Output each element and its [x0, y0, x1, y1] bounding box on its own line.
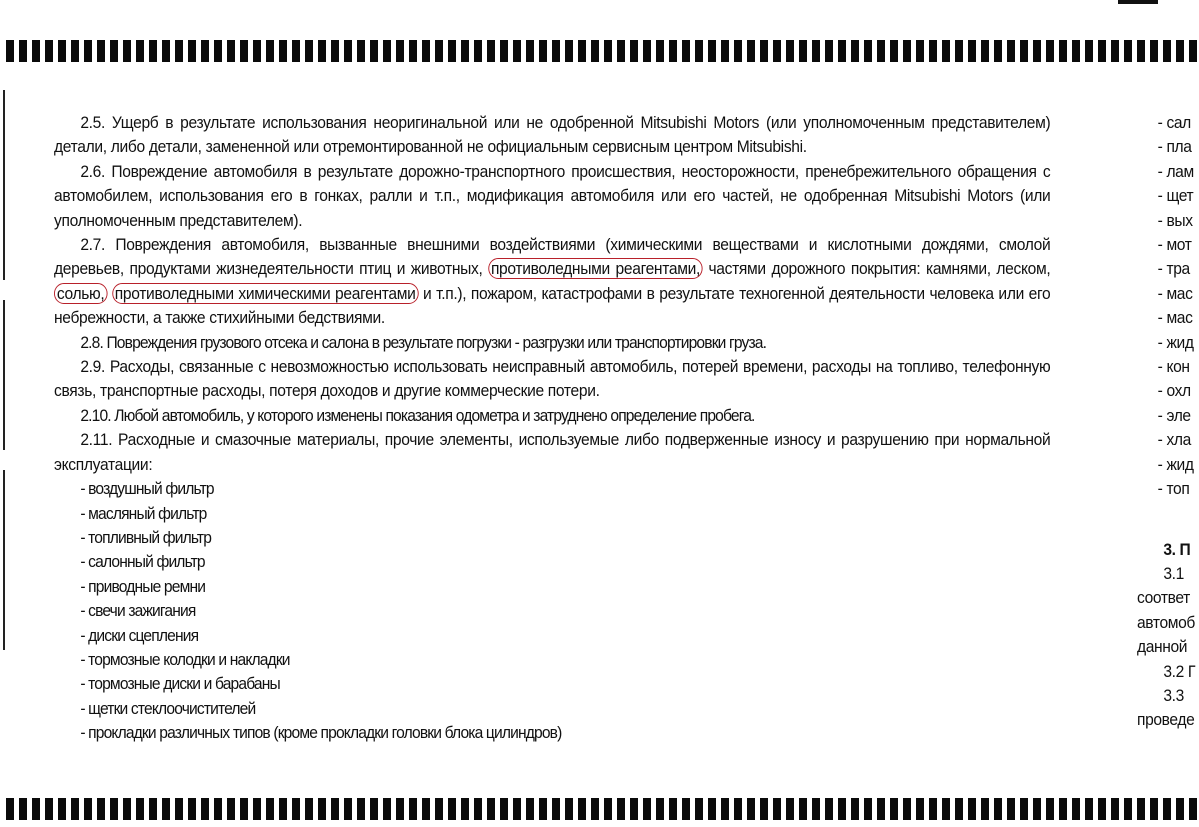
document-body: 2.5. Ущерб в результате использования не…	[54, 111, 1050, 746]
perforation-bar	[864, 798, 872, 820]
list-item: - топливный фильтр	[80, 526, 1050, 550]
perforation-bar	[253, 40, 261, 62]
paragraph-2-11: 2.11. Расходные и смазочные материалы, п…	[54, 428, 1050, 477]
perforation-bar	[617, 798, 625, 820]
perforation-bar	[461, 40, 469, 62]
perforation-bar	[6, 40, 14, 62]
perforation-bar	[656, 798, 664, 820]
list-item: - тормозные диски и барабаны	[80, 672, 1050, 696]
paragraph-2-10: 2.10. Любой автомобиль, у которого измен…	[54, 404, 1050, 428]
perforation-bar	[500, 798, 508, 820]
perforation-bar	[97, 40, 105, 62]
perforation-bar	[409, 798, 417, 820]
right-column-list: - сал- пла- лам- щет- вых- мот- тра- мас…	[1137, 111, 1195, 502]
perforation-bar	[877, 798, 885, 820]
perforation-bar	[149, 798, 157, 820]
perforation-bar	[1150, 40, 1158, 62]
perforation-bar	[1111, 40, 1119, 62]
perforation-bar	[526, 798, 534, 820]
perforation-bar	[799, 798, 807, 820]
perforation-bar	[1137, 798, 1145, 820]
perforation-bar	[838, 798, 846, 820]
perforation-bar	[812, 798, 820, 820]
perforation-bar	[994, 798, 1002, 820]
perforation-bar	[786, 40, 794, 62]
perforation-bar	[487, 798, 495, 820]
list-item: - вых	[1137, 209, 1195, 233]
perforation-bar	[162, 798, 170, 820]
perforation-bar	[32, 798, 40, 820]
list-item: - кон	[1137, 355, 1195, 379]
perforation-bar	[409, 40, 417, 62]
perforation-bar	[214, 40, 222, 62]
list-item: - мас	[1137, 306, 1195, 330]
perforation-bar	[97, 798, 105, 820]
perforation-bar	[266, 40, 274, 62]
perforation-strip-bottom	[6, 798, 1199, 820]
perforation-bar	[58, 798, 66, 820]
perforation-bar	[188, 40, 196, 62]
perforation-bar	[747, 40, 755, 62]
perforation-bar	[695, 40, 703, 62]
perforation-bar	[942, 798, 950, 820]
perforation-bar	[123, 40, 131, 62]
perforation-bar	[643, 40, 651, 62]
perforation-bar	[201, 798, 209, 820]
perforation-bar	[708, 798, 716, 820]
perforation-bar	[656, 40, 664, 62]
perforation-bar	[747, 798, 755, 820]
perforation-bar	[162, 40, 170, 62]
list-item: - щет	[1137, 184, 1195, 208]
perforation-bar	[474, 40, 482, 62]
perforation-bar	[19, 798, 27, 820]
perforation-bar	[71, 40, 79, 62]
perforation-bar	[175, 40, 183, 62]
perforation-bar	[123, 798, 131, 820]
perforation-bar	[344, 798, 352, 820]
list-item: - лам	[1137, 160, 1195, 184]
perforation-bar	[1176, 40, 1184, 62]
perforation-bar	[188, 798, 196, 820]
perforation-bar	[539, 40, 547, 62]
perforation-bar	[136, 798, 144, 820]
perforation-bar	[630, 798, 638, 820]
list-item: - щетки стеклоочистителей	[80, 697, 1050, 721]
perforation-bar	[84, 40, 92, 62]
list-item: - мас	[1137, 282, 1195, 306]
perforation-bar	[305, 40, 313, 62]
perforation-bar	[942, 40, 950, 62]
perforation-bar	[331, 798, 339, 820]
consumables-list: - воздушный фильтр- масляный фильтр- топ…	[54, 477, 1050, 745]
list-item: - диски сцепления	[80, 624, 1050, 648]
perforation-bar	[6, 798, 14, 820]
perforation-bar	[84, 798, 92, 820]
perforation-bar	[591, 798, 599, 820]
perforation-bar	[1189, 798, 1197, 820]
perforation-bar	[968, 798, 976, 820]
perforation-bar	[149, 40, 157, 62]
perforation-bar	[383, 40, 391, 62]
perforation-bar	[45, 40, 53, 62]
perforation-bar	[851, 40, 859, 62]
perforation-bar	[1150, 798, 1158, 820]
perforation-bar	[1124, 40, 1132, 62]
perforation-bar	[1098, 40, 1106, 62]
perforation-bar	[110, 40, 118, 62]
perforation-bar	[318, 40, 326, 62]
perforation-bar	[513, 40, 521, 62]
list-item: - воздушный фильтр	[80, 477, 1050, 501]
list-item: - топ	[1137, 477, 1195, 501]
perforation-bar	[1007, 40, 1015, 62]
perforation-bar	[773, 40, 781, 62]
perforation-bar	[773, 798, 781, 820]
perforation-bar	[1072, 40, 1080, 62]
perforation-bar	[760, 798, 768, 820]
list-item: - пла	[1137, 135, 1195, 159]
perforation-bar	[435, 40, 443, 62]
perforation-bar	[357, 798, 365, 820]
perforation-bar	[110, 798, 118, 820]
perforation-bar	[760, 40, 768, 62]
list-item: - тра	[1137, 257, 1195, 281]
perforation-bar	[1124, 798, 1132, 820]
perforation-bar	[565, 40, 573, 62]
perforation-bar	[812, 40, 820, 62]
perforation-bar	[461, 798, 469, 820]
perforation-bar	[136, 40, 144, 62]
perforation-bar	[240, 40, 248, 62]
perforation-bar	[1072, 798, 1080, 820]
perforation-bar	[851, 798, 859, 820]
perforation-bar	[32, 40, 40, 62]
perforation-bar	[630, 40, 638, 62]
perforation-bar	[578, 798, 586, 820]
perforation-bar	[383, 798, 391, 820]
perforation-bar	[994, 40, 1002, 62]
red-annotation-circle: солью,	[54, 283, 107, 304]
perforation-bar	[1111, 798, 1119, 820]
perforation-bar	[565, 798, 573, 820]
perforation-bar	[981, 40, 989, 62]
perforation-bar	[58, 40, 66, 62]
perforation-bar	[1046, 40, 1054, 62]
perforation-bar	[396, 798, 404, 820]
perforation-bar	[1163, 40, 1171, 62]
scan-edge-line	[3, 470, 5, 650]
list-item: - тормозные колодки и накладки	[80, 648, 1050, 672]
perforation-bar	[591, 40, 599, 62]
perforation-bar	[1059, 40, 1067, 62]
perforation-bar	[1098, 798, 1106, 820]
perforation-bar	[435, 798, 443, 820]
section-3-heading: 3. П	[1137, 538, 1195, 562]
list-item: - приводные ремни	[80, 575, 1050, 599]
perforation-bar	[292, 40, 300, 62]
perforation-bar	[929, 798, 937, 820]
perforation-bar	[955, 798, 963, 820]
perforation-bar	[227, 798, 235, 820]
perforation-bar	[682, 40, 690, 62]
perforation-bar	[890, 798, 898, 820]
perforation-bar	[1085, 40, 1093, 62]
list-item: - свечи зажигания	[80, 599, 1050, 623]
perforation-bar	[1059, 798, 1067, 820]
perforation-bar	[604, 798, 612, 820]
perforation-bar	[526, 40, 534, 62]
perforation-bar	[474, 798, 482, 820]
perforation-bar	[721, 40, 729, 62]
perforation-bar	[864, 40, 872, 62]
perforation-bar	[1163, 798, 1171, 820]
perforation-bar	[448, 40, 456, 62]
scan-edge-line	[3, 90, 5, 280]
perforation-bar	[669, 40, 677, 62]
perforation-bar	[500, 40, 508, 62]
paragraph-2-5: 2.5. Ущерб в результате использования не…	[54, 111, 1050, 160]
perforation-bar	[552, 798, 560, 820]
paragraph-2-7: 2.7. Повреждения автомобиля, вызванные в…	[54, 233, 1050, 331]
paragraph-2-9: 2.9. Расходы, связанные с невозможностью…	[54, 355, 1050, 404]
perforation-bar	[45, 798, 53, 820]
perforation-bar	[1020, 798, 1028, 820]
perforation-bar	[370, 798, 378, 820]
perforation-bar	[604, 40, 612, 62]
perforation-bar	[1033, 40, 1041, 62]
perforation-bar	[929, 40, 937, 62]
perforation-bar	[318, 798, 326, 820]
red-annotation-circle: противоледными химическими реагентами	[112, 283, 418, 304]
perforation-bar	[253, 798, 261, 820]
perforation-bar	[786, 798, 794, 820]
perforation-bar	[175, 798, 183, 820]
perforation-bar	[487, 40, 495, 62]
perforation-bar	[266, 798, 274, 820]
perforation-bar	[240, 798, 248, 820]
list-item: - прокладки различных типов (кроме прокл…	[80, 721, 1050, 745]
list-item: - жид	[1137, 331, 1195, 355]
perforation-bar	[227, 40, 235, 62]
perforation-bar	[1137, 40, 1145, 62]
perforation-bar	[643, 798, 651, 820]
perforation-bar	[370, 40, 378, 62]
perforation-bar	[903, 798, 911, 820]
list-item: - сал	[1137, 111, 1195, 135]
list-item: - жид	[1137, 453, 1195, 477]
perforation-bar	[539, 798, 547, 820]
perforation-bar	[916, 40, 924, 62]
perforation-bar	[669, 798, 677, 820]
perforation-bar	[578, 40, 586, 62]
scan-artifact	[1118, 0, 1158, 4]
paragraph-2-8: 2.8. Повреждения грузового отсека и сало…	[54, 331, 1050, 355]
perforation-bar	[799, 40, 807, 62]
perforation-bar	[357, 40, 365, 62]
perforation-bar	[916, 798, 924, 820]
perforation-bar	[279, 798, 287, 820]
perforation-bar	[422, 798, 430, 820]
perforation-bar	[1020, 40, 1028, 62]
list-item: - масляный фильтр	[80, 502, 1050, 526]
list-item: - хла	[1137, 428, 1195, 452]
perforation-bar	[448, 798, 456, 820]
list-item: - охл	[1137, 379, 1195, 403]
perforation-bar	[331, 40, 339, 62]
perforation-bar	[396, 40, 404, 62]
perforation-bar	[201, 40, 209, 62]
perforation-bar	[890, 40, 898, 62]
list-item: - эле	[1137, 404, 1195, 428]
perforation-bar	[279, 40, 287, 62]
perforation-bar	[617, 40, 625, 62]
paragraph-2-6: 2.6. Повреждение автомобиля в результате…	[54, 160, 1050, 233]
perforation-strip-top	[6, 40, 1199, 62]
scan-edge-line	[3, 300, 5, 450]
perforation-bar	[1007, 798, 1015, 820]
perforation-bar	[734, 40, 742, 62]
perforation-bar	[682, 798, 690, 820]
perforation-bar	[968, 40, 976, 62]
perforation-bar	[1189, 40, 1197, 62]
perforation-bar	[344, 40, 352, 62]
perforation-bar	[903, 40, 911, 62]
perforation-bar	[825, 40, 833, 62]
perforation-bar	[708, 40, 716, 62]
red-annotation-circle: противоледными реагентами,	[488, 258, 703, 279]
perforation-bar	[981, 798, 989, 820]
perforation-bar	[825, 798, 833, 820]
perforation-bar	[19, 40, 27, 62]
perforation-bar	[422, 40, 430, 62]
next-page-column-fragment: - сал- пла- лам- щет- вых- мот- тра- мас…	[1137, 111, 1195, 733]
perforation-bar	[1033, 798, 1041, 820]
perforation-bar	[552, 40, 560, 62]
perforation-bar	[838, 40, 846, 62]
perforation-bar	[292, 798, 300, 820]
perforation-bar	[1176, 798, 1184, 820]
list-item: - салонный фильтр	[80, 550, 1050, 574]
perforation-bar	[877, 40, 885, 62]
perforation-bar	[721, 798, 729, 820]
perforation-bar	[955, 40, 963, 62]
perforation-bar	[305, 798, 313, 820]
perforation-bar	[513, 798, 521, 820]
perforation-bar	[214, 798, 222, 820]
perforation-bar	[1085, 798, 1093, 820]
perforation-bar	[71, 798, 79, 820]
perforation-bar	[734, 798, 742, 820]
perforation-bar	[695, 798, 703, 820]
perforation-bar	[1046, 798, 1054, 820]
list-item: - мот	[1137, 233, 1195, 257]
